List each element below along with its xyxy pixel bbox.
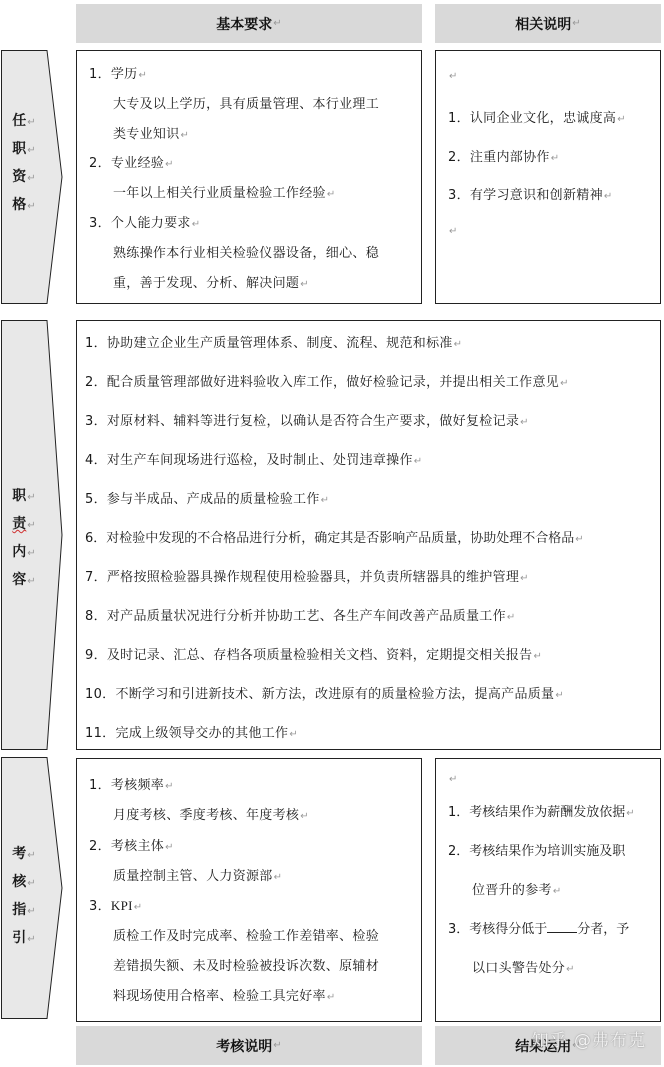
list-item: 2．注重内部协作↵: [448, 146, 559, 165]
duty-item: 7．严格按照检验器具操作规程使用检验器具，并负责所辖器具的维护管理↵: [85, 566, 529, 585]
qualifications-requirements-box: 1．学历↵ 大专及以上学历，具有质量管理、本行业理工 类专业知识↵ 2．专业经验…: [76, 50, 422, 304]
duty-item: 6．对检验中发现的不合格品进行分析，确定其是否影响产品质量，协助处理不合格品↵: [85, 527, 584, 546]
list-item-detail: 一年以上相关行业质量检验工作经验↵: [113, 182, 336, 201]
list-item-detail: 月度考核、季度考核、年度考核↵: [113, 804, 309, 823]
return-mark-icon: ↵: [572, 18, 580, 29]
section-label-text: 考↵ 核↵ 指↵ 引↵: [1, 841, 47, 953]
return-mark-icon: ↵: [273, 1040, 281, 1051]
section-label-qualifications: 任↵ 职↵ 资↵ 格↵: [1, 50, 65, 304]
list-item: 1．学历↵: [89, 63, 147, 82]
list-item-detail: 熟练操作本行业相关检验仪器设备，细心、稳: [113, 242, 379, 261]
duty-item: 2．配合质量管理部做好进料验收入库工作，做好检验记录，并提出相关工作意见↵: [85, 371, 569, 390]
list-item: 1．考核频率↵: [89, 774, 174, 793]
list-item: 1．考核结果作为薪酬发放依据↵: [448, 801, 635, 820]
footer-assessment-description: 考核说明↵: [76, 1026, 422, 1065]
watermark: 知乎 @弗布克: [532, 1026, 646, 1051]
empty-paragraph: ↵: [448, 68, 458, 83]
list-item-detail: 位晋升的参考↵: [472, 879, 562, 898]
list-item: 1．认同企业文化，忠诚度高↵: [448, 107, 626, 126]
list-item: 2．考核主体↵: [89, 835, 174, 854]
list-item: 3．KPI↵: [89, 895, 142, 914]
list-item-detail: 以口头警告处分↵: [472, 957, 575, 976]
section-label-text: 职↵ 责↵ 内↵ 容↵: [1, 483, 47, 595]
empty-paragraph: ↵: [448, 771, 458, 786]
duty-item: 11．完成上级领导交办的其他工作↵: [85, 722, 298, 741]
list-item: 2．专业经验↵: [89, 152, 174, 171]
return-mark-icon: ↵: [273, 18, 281, 29]
duty-item: 5．参与半成品、产成品的质量检验工作↵: [85, 488, 329, 507]
section-label-duties: 职↵ 责↵ 内↵ 容↵: [1, 320, 65, 750]
result-application-box: ↵ 1．考核结果作为薪酬发放依据↵ 2．考核结果作为培训实施及职 位晋升的参考↵…: [435, 758, 661, 1022]
section-label-text: 任↵ 职↵ 资↵ 格↵: [1, 108, 47, 220]
header-related-notes-label: 相关说明: [515, 14, 571, 34]
empty-paragraph: ↵: [448, 223, 458, 238]
qualifications-notes-box: ↵ 1．认同企业文化，忠诚度高↵ 2．注重内部协作↵ 3．有学习意识和创新精神↵…: [435, 50, 661, 304]
duties-box: 1．协助建立企业生产质量管理体系、制度、流程、规范和标准↵ 2．配合质量管理部做…: [76, 320, 661, 750]
section-label-assessment: 考↵ 核↵ 指↵ 引↵: [1, 757, 65, 1019]
list-item-detail: 大专及以上学历，具有质量管理、本行业理工: [113, 93, 379, 112]
list-item-detail: 类专业知识↵: [113, 123, 189, 142]
list-item-detail: 料现场使用合格率、检验工具完好率↵: [113, 985, 336, 1004]
list-item-detail: 质量控制主管、人力资源部↵: [113, 865, 282, 884]
header-basic-requirements-label: 基本要求: [216, 14, 272, 34]
header-related-notes: 相关说明↵: [435, 4, 661, 43]
duty-item: 8．对产品质量状况进行分析并协助工艺、各生产车间改善产品质量工作↵: [85, 605, 516, 624]
assessment-description-box: 1．考核频率↵ 月度考核、季度考核、年度考核↵ 2．考核主体↵ 质量控制主管、人…: [76, 758, 422, 1022]
header-basic-requirements: 基本要求↵: [76, 4, 422, 43]
list-item: 3．考核得分低于分者，予: [448, 918, 629, 937]
duty-item: 10．不断学习和引进新技术、新方法，改进原有的质量检验方法，提高产品质量↵: [85, 683, 564, 702]
list-item: 3．有学习意识和创新精神↵: [448, 184, 613, 203]
duty-item: 3．对原材料、辅料等进行复检，以确认是否符合生产要求，做好复检记录↵: [85, 410, 529, 429]
list-item-detail: 重，善于发现、分析、解决问题↵: [113, 272, 309, 291]
list-item-detail: 质检工作及时完成率、检验工作差错率、检验: [113, 925, 379, 944]
duty-item: 4．对生产车间现场进行巡检，及时制止、处罚违章操作↵: [85, 449, 422, 468]
list-item: 2．考核结果作为培训实施及职: [448, 840, 625, 859]
list-item: 3．个人能力要求↵: [89, 212, 200, 231]
footer-assessment-description-label: 考核说明: [216, 1036, 272, 1056]
score-blank-field: [547, 920, 577, 933]
duty-item: 9．及时记录、汇总、存档各项质量检验相关文档、资料，定期提交相关报告↵: [85, 644, 542, 663]
list-item-detail: 差错损失额、未及时检验被投诉次数、原辅材: [113, 955, 379, 974]
duty-item: 1．协助建立企业生产质量管理体系、制度、流程、规范和标准↵: [85, 332, 462, 351]
